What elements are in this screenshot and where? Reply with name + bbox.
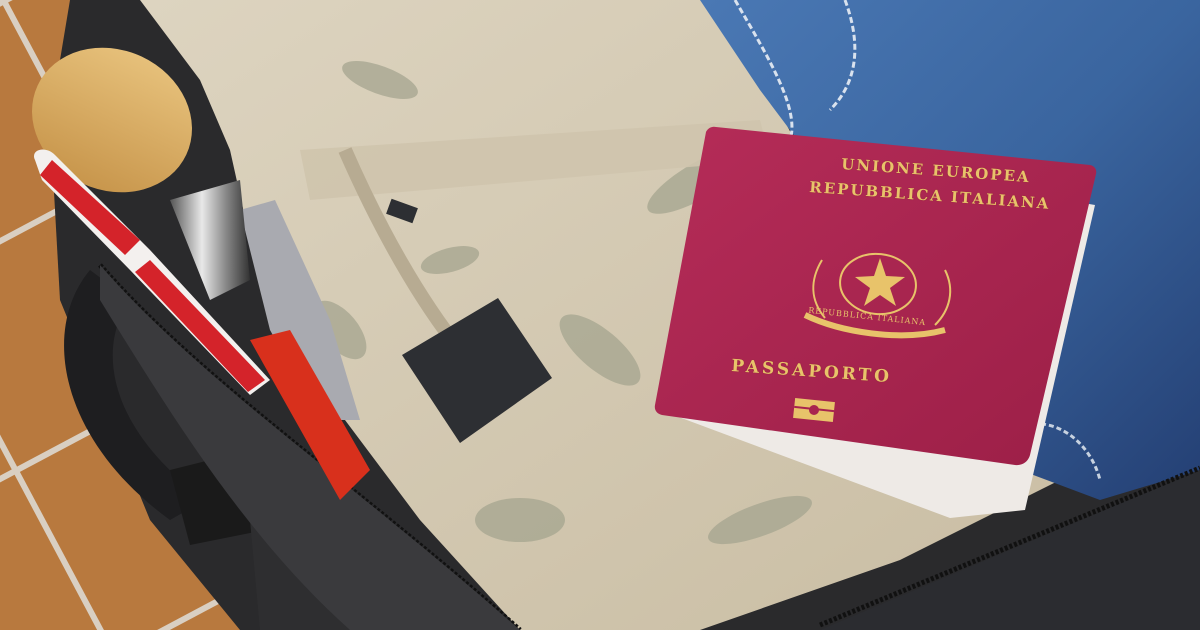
photo-illustration [0, 0, 1200, 630]
biometric-chip-icon [793, 398, 835, 422]
travel-bag-photo: UNIONE EUROPEA REPUBBLICA ITALIANA REPUB… [0, 0, 1200, 630]
